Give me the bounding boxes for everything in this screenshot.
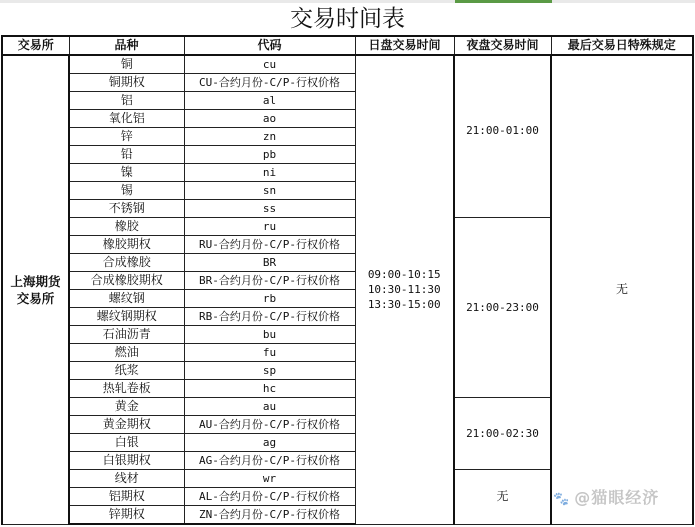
code-cell: AL-合约月份-C/P-行权价格 — [184, 488, 355, 506]
paw-icon: 🐾 — [553, 492, 570, 507]
product-cell: 铝期权 — [69, 488, 184, 506]
code-cell: ag — [184, 434, 355, 452]
day-session-time: 10:30-11:30 — [356, 282, 454, 297]
product-cell: 锌期权 — [69, 506, 184, 525]
code-cell: RU-合约月份-C/P-行权价格 — [184, 236, 355, 254]
code-cell: zn — [184, 128, 355, 146]
header-exchange: 交易所 — [2, 36, 69, 55]
night-session-cell: 21:00-23:00 — [454, 218, 551, 398]
code-cell: ss — [184, 200, 355, 218]
code-cell: sn — [184, 182, 355, 200]
product-cell: 锌 — [69, 128, 184, 146]
product-cell: 铝 — [69, 92, 184, 110]
code-cell: AG-合约月份-C/P-行权价格 — [184, 452, 355, 470]
code-cell: CU-合约月份-C/P-行权价格 — [184, 74, 355, 92]
night-session-cell: 无 — [454, 470, 551, 525]
product-cell: 燃油 — [69, 344, 184, 362]
header-special-rule: 最后交易日特殊规定 — [551, 36, 693, 55]
code-cell: BR-合约月份-C/P-行权价格 — [184, 272, 355, 290]
code-cell: pb — [184, 146, 355, 164]
night-session-cell: 21:00-02:30 — [454, 398, 551, 470]
day-session-cell: 09:00-10:1510:30-11:3013:30-15:00 — [355, 55, 454, 524]
code-cell: ru — [184, 218, 355, 236]
header-product: 品种 — [69, 36, 184, 55]
night-session-cell: 21:00-01:00 — [454, 55, 551, 218]
product-cell: 白银 — [69, 434, 184, 452]
product-cell: 橡胶期权 — [69, 236, 184, 254]
code-cell: hc — [184, 380, 355, 398]
sheet-tab-bar — [0, 0, 695, 3]
product-cell: 锡 — [69, 182, 184, 200]
product-cell: 螺纹钢 — [69, 290, 184, 308]
product-cell: 线材 — [69, 470, 184, 488]
product-cell: 铜 — [69, 55, 184, 74]
product-cell: 氧化铝 — [69, 110, 184, 128]
page-title: 交易时间表 — [0, 4, 695, 34]
code-cell: ni — [184, 164, 355, 182]
product-cell: 热轧卷板 — [69, 380, 184, 398]
code-cell: ZN-合约月份-C/P-行权价格 — [184, 506, 355, 525]
product-cell: 螺纹钢期权 — [69, 308, 184, 326]
product-cell: 黄金 — [69, 398, 184, 416]
exchange-cell: 上海期货交易所 — [2, 55, 69, 524]
day-session-time: 09:00-10:15 — [356, 267, 454, 282]
watermark-text: @猫眼经济 — [574, 488, 659, 507]
code-cell: fu — [184, 344, 355, 362]
header-code: 代码 — [184, 36, 355, 55]
header-day-session: 日盘交易时间 — [355, 36, 454, 55]
product-cell: 橡胶 — [69, 218, 184, 236]
header-row: 交易所 品种 代码 日盘交易时间 夜盘交易时间 最后交易日特殊规定 — [2, 36, 693, 55]
header-night-session: 夜盘交易时间 — [454, 36, 551, 55]
code-cell: rb — [184, 290, 355, 308]
code-cell: sp — [184, 362, 355, 380]
code-cell: al — [184, 92, 355, 110]
day-session-time: 13:30-15:00 — [356, 297, 454, 312]
code-cell: cu — [184, 55, 355, 74]
product-cell: 合成橡胶期权 — [69, 272, 184, 290]
special-rule-cell: 无 — [551, 55, 693, 524]
product-cell: 白银期权 — [69, 452, 184, 470]
product-cell: 铅 — [69, 146, 184, 164]
active-tab-indicator — [455, 0, 552, 3]
code-cell: ao — [184, 110, 355, 128]
product-cell: 铜期权 — [69, 74, 184, 92]
code-cell: au — [184, 398, 355, 416]
product-cell: 不锈钢 — [69, 200, 184, 218]
code-cell: RB-合约月份-C/P-行权价格 — [184, 308, 355, 326]
table-row: 上海期货交易所铜cu09:00-10:1510:30-11:3013:30-15… — [2, 55, 693, 74]
code-cell: wr — [184, 470, 355, 488]
trading-hours-table: 交易所 品种 代码 日盘交易时间 夜盘交易时间 最后交易日特殊规定 上海期货交易… — [1, 35, 694, 525]
product-cell: 黄金期权 — [69, 416, 184, 434]
product-cell: 合成橡胶 — [69, 254, 184, 272]
product-cell: 镍 — [69, 164, 184, 182]
watermark: 🐾@猫眼经济 — [553, 485, 659, 508]
code-cell: bu — [184, 326, 355, 344]
product-cell: 纸浆 — [69, 362, 184, 380]
product-cell: 石油沥青 — [69, 326, 184, 344]
code-cell: AU-合约月份-C/P-行权价格 — [184, 416, 355, 434]
code-cell: BR — [184, 254, 355, 272]
